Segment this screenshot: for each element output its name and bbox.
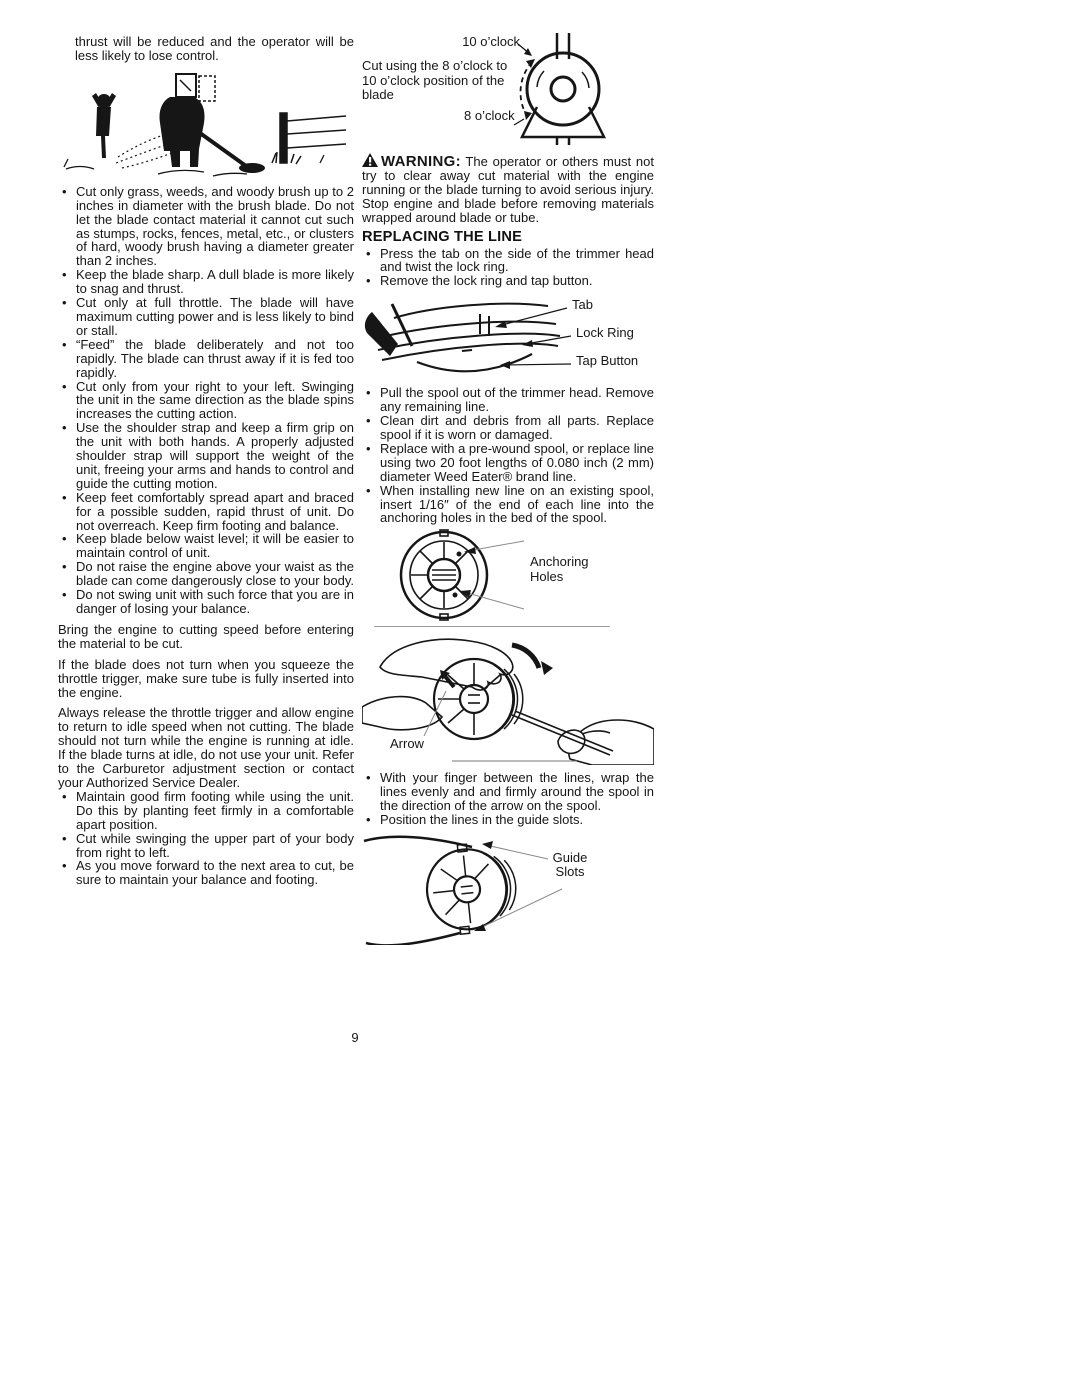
intro-paragraph: thrust will be reduced and the operator … — [58, 35, 354, 63]
replace-line-steps-2: Pull the spool out of the trimmer head. … — [362, 386, 654, 525]
footing-bullet-list: Maintain good firm footing while using t… — [58, 790, 354, 887]
list-item: Press the tab on the side of the trimmer… — [362, 247, 654, 275]
label-tab: Tab — [572, 298, 593, 313]
blade-clock-figure: 10 o’clock Cut using the 8 o’clock to 10… — [362, 33, 654, 145]
list-item: Use the shoulder strap and keep a firm g… — [58, 421, 354, 491]
label-lock-ring: Lock Ring — [576, 326, 634, 341]
line-wrapping-figure: Arrow — [362, 633, 654, 765]
replace-line-steps-3: With your finger between the lines, wrap… — [362, 771, 654, 827]
warning-triangle-icon — [362, 153, 378, 167]
body-paragraph: If the blade does not turn when you sque… — [58, 658, 354, 700]
list-item: Keep the blade sharp. A dull blade is mo… — [58, 268, 354, 296]
operator-safety-illustration — [58, 71, 354, 179]
guide-slots-figure: Guide Slots — [362, 831, 654, 945]
list-item: Keep blade below waist level; it will be… — [58, 532, 354, 560]
list-item: Maintain good firm footing while using t… — [58, 790, 354, 832]
left-column: thrust will be reduced and the operator … — [58, 35, 354, 887]
list-item: Position the lines in the guide slots. — [362, 813, 654, 827]
section-heading: REPLACING THE LINE — [362, 229, 654, 245]
page-number: 9 — [58, 1031, 652, 1045]
label-8-oclock: 8 o’clock — [464, 109, 515, 124]
spool-anchoring-holes-icon — [362, 529, 654, 621]
list-item: Clean dirt and debris from all parts. Re… — [362, 414, 654, 442]
list-item: Pull the spool out of the trimmer head. … — [362, 386, 654, 414]
list-item: Keep feet comfortably spread apart and b… — [58, 491, 354, 533]
list-item: Do not raise the engine above your waist… — [58, 560, 354, 588]
list-item: Cut only from your right to your left. S… — [58, 380, 354, 422]
spool-guide-slots-icon — [362, 831, 654, 945]
list-item: Cut while swinging the upper part of you… — [58, 832, 354, 860]
list-item: With your finger between the lines, wrap… — [362, 771, 654, 813]
right-column: 10 o’clock Cut using the 8 o’clock to 10… — [362, 33, 654, 945]
label-arrow: Arrow — [390, 737, 424, 752]
label-anchoring-holes: Anchoring Holes — [530, 555, 610, 584]
list-item: Do not swing unit with such force that y… — [58, 588, 354, 616]
list-item: “Feed” the blade deliberately and not to… — [58, 338, 354, 380]
list-item: Cut only grass, weeds, and woody brush u… — [58, 185, 354, 268]
label-guide-slots: Guide Slots — [540, 851, 600, 880]
safety-bullet-list: Cut only grass, weeds, and woody brush u… — [58, 185, 354, 616]
warning-paragraph: WARNING: The operator or others must not… — [362, 153, 654, 225]
list-item: When installing new line on an existing … — [362, 484, 654, 526]
list-item: As you move forward to the next area to … — [58, 859, 354, 887]
label-tap-button: Tap Button — [576, 354, 638, 369]
anchoring-holes-figure: Anchoring Holes — [362, 529, 654, 621]
list-item: Cut only at full throttle. The blade wil… — [58, 296, 354, 338]
figure-divider-line — [374, 626, 610, 627]
body-paragraph: Always release the throttle trigger and … — [58, 706, 354, 789]
body-paragraph: Bring the engine to cutting speed before… — [58, 623, 354, 651]
label-10-oclock: 10 o’clock — [424, 35, 520, 50]
replace-line-steps-1: Press the tab on the side of the trimmer… — [362, 247, 654, 289]
operator-trimmer-fence-icon — [58, 71, 348, 179]
list-item: Replace with a pre-wound spool, or repla… — [362, 442, 654, 484]
manual-page: thrust will be reduced and the operator … — [0, 0, 1080, 1397]
trimmer-head-figure: Tab Lock Ring Tap Button — [362, 292, 654, 384]
blade-figure-caption: Cut using the 8 o’clock to 10 o’clock po… — [362, 59, 514, 103]
list-item: Remove the lock ring and tap button. — [362, 274, 654, 288]
